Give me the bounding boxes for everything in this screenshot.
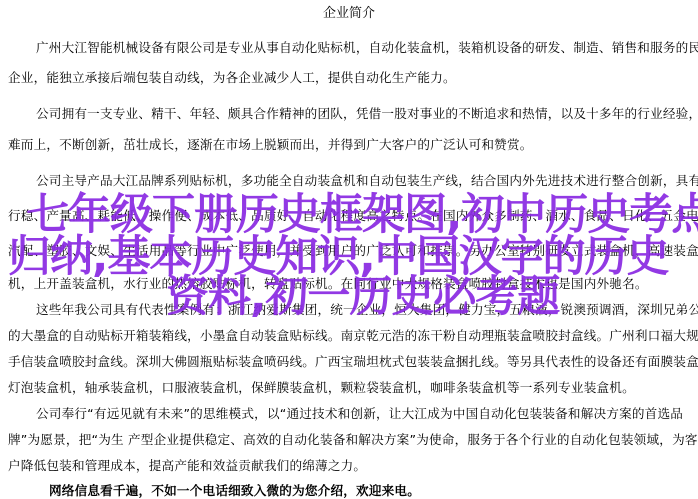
paragraph-line: 企业，能独立承接后端包装自动线，为各企业减少人工，提供自动化生产能力。: [8, 70, 456, 86]
paragraph-line: 手信装盒喷胶封盒线。深圳大佛圆瓶贴标装盒喷码线。广西宝瑞坦枕式包装装盒捆扎线。等…: [8, 354, 698, 370]
paragraph-line: 灯泡装盒机，轴承装盒机，口服液装盒机，保鲜膜装盒机，颗粒袋装盒机，咖啡条装盒机等…: [8, 380, 635, 396]
paragraph-line: 的大墨盒的自动贴标开箱装箱线，小墨盒自动装盒贴标线。南京乾元浩的冻干粉自动理瓶装…: [8, 328, 698, 344]
paragraph-line: 难而上，不断创新，茁壮成长，逐渐在市场上脱颖而出，并得到广大客户的广泛认可和赞赏…: [8, 137, 533, 153]
paragraph-line: 汽配、塑胶、文娱、生活用品等行业中广泛使用，并受到用户的广泛认可和推崇。另办公室…: [8, 243, 698, 259]
paragraph-line: 公司拥有一支专业、精干、年轻、颇具合作精神的团队，凭借一股对事业的不断追求和热情…: [36, 106, 698, 122]
paragraph-line: 公司奉行“有远见就有未来”的思维模式，以“通过技术和创新，让大江成为中国自动化包…: [36, 406, 683, 422]
document-title: 企业简介: [0, 6, 698, 22]
paragraph-line: 机，上开盖装盒机，水行业的热熔胶贴标机，转盘贴标机。在同行业中大规格装盒喷胶封盒…: [8, 276, 648, 292]
paragraph-line: 牌”为愿景，把“为生 产型企业提供稳定、高效的自动化装备和解决方案”为使命，服务…: [8, 432, 698, 448]
paragraph-line: 这些年我公司具有代表性案例有：浙江纳爱斯集团，统一企业，恒大集团，健力宝，五粮液…: [36, 302, 698, 318]
closing-line: 网络信息看千遍，不如一个电话细致入微的为您介绍，欢迎来电。: [49, 483, 420, 499]
paragraph-line: 公司主导产品大江品牌系列贴标机，多功能全自动装盒机和自动包装生产线，结合国内外先…: [36, 173, 698, 189]
paragraph-line: 广州大江智能机械设备有限公司是专业从事自动化贴标机，自动化装盒机，装箱机设备的研…: [36, 40, 698, 56]
paragraph-line: 户降低包装和管理成本，提高产能和效益贡献我们的绵薄之力。: [8, 458, 366, 474]
paragraph-line: 行稳、产量高、耗能低、操作便、成本低、品质好、自动化程度高之特点。在国内外众多制…: [8, 208, 698, 224]
